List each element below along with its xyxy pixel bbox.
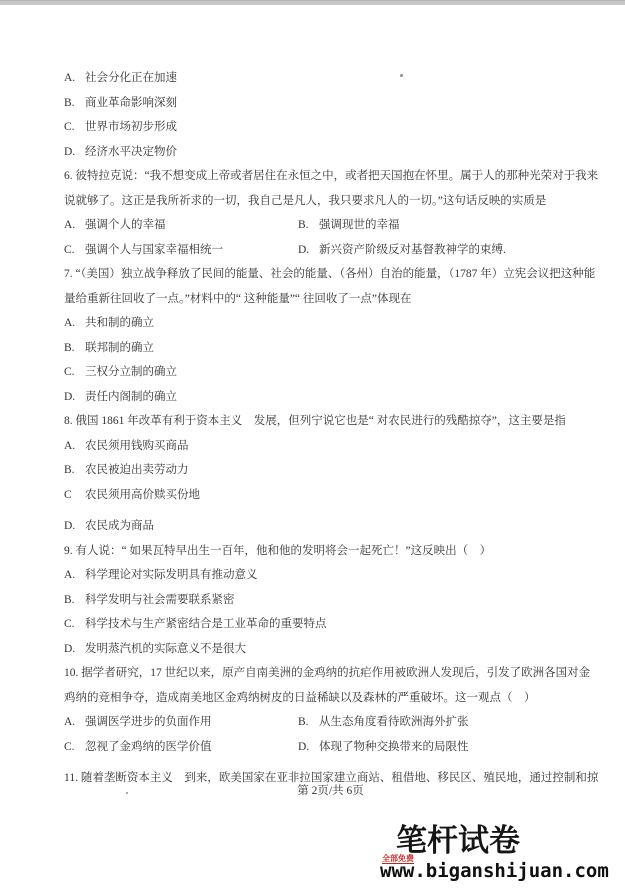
option-text: 社会分化正在加速	[85, 72, 177, 84]
option-label: C.	[64, 735, 85, 760]
option-text: 责任内阁制的确立	[85, 391, 177, 403]
q9-option-c: C.科学技术与生产紧密结合是工业革命的重要特点	[64, 612, 569, 637]
q7-option-c: C.三权分立制的确立	[64, 360, 569, 385]
scanned-exam-page: A.社会分化正在加速 B.商业革命影响深刻 C.世界市场初步形成 D.经济水平决…	[0, 0, 625, 891]
question-10-stem-line-2: 鸡纳的竞相争夺，造成南美地区金鸡纳树皮的日益稀缺以及森林的严重破坏。这一观点（ …	[64, 686, 569, 711]
option-text: 发明蒸汽机的实际意义不是很大	[85, 643, 246, 655]
option-label: C.	[64, 360, 85, 385]
option-text: 体现了物种交换带来的局限性	[319, 741, 469, 753]
q8-option-d: D.农民成为商品	[64, 514, 569, 539]
question-10-stem-line-1: 10. 据学者研究，17 世纪以来，原产自南美洲的金鸡纳的抗疟作用被欧洲人发现后…	[64, 661, 569, 686]
option-text: 农民成为商品	[85, 520, 154, 532]
q7-option-d: D.责任内阁制的确立	[64, 385, 569, 410]
option-label: A.	[64, 710, 85, 735]
question-6-stem-line-2: 说就够了。这正是我所祈求的一切，我自己是凡人，我只要求凡人的一切。”这句话反映的…	[64, 189, 569, 214]
q6-options-row-2: C.强调个人与国家幸福相统一 D.新兴资产阶级反对基督教神学的束缚.	[64, 238, 569, 263]
q6-option-c: C.强调个人与国家幸福相统一	[64, 238, 298, 263]
question-9-stem: 9. 有人说：“ 如果瓦特早出生一百年，他和他的发明将会一起死亡！”这反映出（ …	[64, 539, 569, 564]
option-text: 强调个人的幸福	[85, 219, 166, 231]
q5-option-c: C.世界市场初步形成	[64, 115, 569, 140]
option-text: 共和制的确立	[85, 317, 154, 329]
q6-option-b: B.强调现世的幸福	[298, 213, 400, 238]
q10-options-row-1: A.强调医学进步的负面作用 B.从生态角度看待欧洲海外扩张	[64, 710, 569, 735]
option-text: 科学发明与社会需要联系紧密	[85, 594, 235, 606]
option-label: C	[64, 483, 85, 508]
option-label: A.	[64, 213, 85, 238]
option-text: 强调个人与国家幸福相统一	[85, 244, 223, 256]
q6-option-d: D.新兴资产阶级反对基督教神学的束缚.	[298, 238, 506, 263]
q10-option-d: D.体现了物种交换带来的局限性	[298, 735, 469, 760]
question-7-stem-line-1: 7. “（美国）独立战争释放了民间的能量、社会的能量、（各州）自治的能量，（17…	[64, 262, 569, 287]
option-text: 科学理论对实际发明具有推动意义	[85, 569, 258, 581]
option-label: B.	[64, 336, 85, 361]
option-text: 忽视了金鸡纳的医学价值	[85, 741, 212, 753]
option-label: A.	[64, 563, 85, 588]
option-label: A.	[64, 434, 85, 459]
q10-option-a: A.强调医学进步的负面作用	[64, 710, 298, 735]
q9-option-b: B.科学发明与社会需要联系紧密	[64, 588, 569, 613]
question-8-stem: 8. 俄国 1861 年改革有利于资本主义 发展，但列宁说它也是“ 对农民进行的…	[64, 409, 569, 434]
option-text: 经济水平决定物价	[85, 146, 177, 158]
question-6-stem-line-1: 6. 彼特拉克说：“我不想变成上帝或者居住在永恒之中，或者把天国抱在怀里。属于人…	[64, 164, 569, 189]
option-text: 农民须用钱购买商品	[85, 440, 189, 452]
q9-option-d: D.发明蒸汽机的实际意义不是很大	[64, 637, 569, 662]
exam-content: A.社会分化正在加速 B.商业革命影响深刻 C.世界市场初步形成 D.经济水平决…	[64, 66, 569, 791]
option-label: D.	[64, 140, 85, 165]
q8-option-a: A.农民须用钱购买商品	[64, 434, 569, 459]
option-label: D.	[298, 238, 319, 263]
q7-option-a: A.共和制的确立	[64, 311, 569, 336]
scan-top-edge	[0, 0, 625, 5]
option-text: 联邦制的确立	[85, 342, 154, 354]
option-label: B.	[298, 213, 319, 238]
option-label: A.	[64, 66, 85, 91]
q8-option-b: B.农民被迫出卖劳动力	[64, 458, 569, 483]
option-label: D.	[64, 385, 85, 410]
q9-option-a: A.科学理论对实际发明具有推动意义	[64, 563, 569, 588]
q5-option-a: A.社会分化正在加速	[64, 66, 569, 91]
option-text: 从生态角度看待欧洲海外扩张	[319, 716, 469, 728]
option-label: D.	[64, 514, 85, 539]
brand-url: www.biganshijuan.com	[380, 861, 609, 882]
option-text: 三权分立制的确立	[85, 366, 177, 378]
option-text: 新兴资产阶级反对基督教神学的束缚.	[319, 244, 506, 256]
option-label: B.	[298, 710, 319, 735]
q10-options-row-2: C.忽视了金鸡纳的医学价值 D.体现了物种交换带来的局限性	[64, 735, 569, 760]
option-label: B.	[64, 588, 85, 613]
option-label: B.	[64, 91, 85, 116]
option-text: 农民被迫出卖劳动力	[85, 464, 189, 476]
option-text: 强调医学进步的负面作用	[85, 716, 212, 728]
option-label: C.	[64, 238, 85, 263]
option-text: 农民须用高价赎买份地	[85, 489, 200, 501]
option-label: D.	[298, 735, 319, 760]
option-label: C.	[64, 612, 85, 637]
q6-options-row-1: A.强调个人的幸福 B.强调现世的幸福	[64, 213, 569, 238]
q5-option-b: B.商业革命影响深刻	[64, 91, 569, 116]
option-text: 科学技术与生产紧密结合是工业革命的重要特点	[85, 618, 327, 630]
q7-option-b: B.联邦制的确立	[64, 336, 569, 361]
q10-option-b: B.从生态角度看待欧洲海外扩张	[298, 710, 469, 735]
option-label: D.	[64, 637, 85, 662]
brand-name: 笔杆试卷	[396, 824, 520, 858]
option-label: B.	[64, 458, 85, 483]
option-label: A.	[64, 311, 85, 336]
option-text: 商业革命影响深刻	[85, 97, 177, 109]
option-label: C.	[64, 115, 85, 140]
q10-option-c: C.忽视了金鸡纳的医学价值	[64, 735, 298, 760]
question-7-stem-line-2: 量给重新往回收了一点。”材料中的“ 这种能量”“ 往回收了一点”体现在	[64, 287, 569, 312]
option-text: 强调现世的幸福	[319, 219, 400, 231]
q8-option-c: C农民须用高价赎买份地	[64, 483, 569, 508]
q5-option-d: D.经济水平决定物价	[64, 140, 569, 165]
option-text: 世界市场初步形成	[85, 121, 177, 133]
q6-option-a: A.强调个人的幸福	[64, 213, 298, 238]
page-number: 第 2页/共 6页	[0, 779, 625, 804]
